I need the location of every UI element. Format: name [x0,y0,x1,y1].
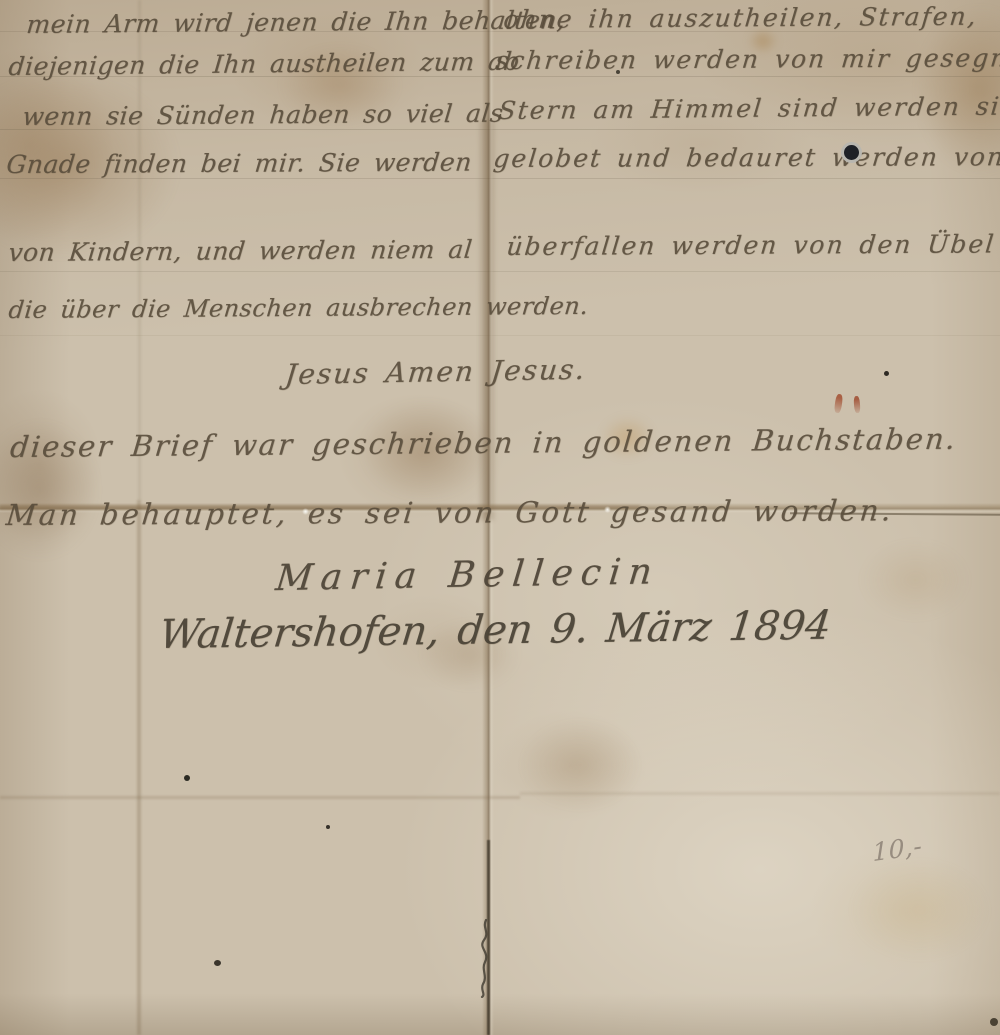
speck [884,371,889,376]
speck [214,960,221,966]
horizontal-fold-lower [0,796,520,799]
vertical-fold-left [137,500,141,1035]
manuscript-line-7: Jesus Amen Jesus. [284,353,589,391]
guide-line [0,335,1000,336]
speck [184,775,190,781]
signature: Maria Bellecin [274,551,662,599]
horizontal-fold-lower-faint [520,792,1000,795]
manuscript-line-3-left: wenn sie Sünden haben so viel als [21,99,505,131]
ink-squiggle-mark [468,918,498,998]
manuscript-line-4-right: gelobet und bedauret werden von ih [492,142,1000,173]
red-ink-mark [834,394,844,414]
manuscript-photo: mein Arm wird jenen die Ihn behalten, oh… [0,0,1000,1035]
manuscript-line-9: Man behauptet, es sei von Gott gesand wo… [5,493,896,532]
manuscript-line-5-left: von Kindern, und werden niem al [7,235,474,267]
stain [850,860,990,960]
guide-line [0,271,1000,272]
manuscript-line-8: dieser Brief war geschrieben in goldenen… [9,422,959,464]
manuscript-line-3-right: Stern am Himmel sind werden sie [497,91,1000,125]
manuscript-line-6: die über die Menschen ausbrechen werden. [7,292,590,324]
speck [326,825,330,829]
manuscript-line-2-right: schreiben werden von mir gesegnet sein [494,43,1000,75]
pencil-note: 10,- [872,831,923,867]
stain [520,720,640,810]
dateline: Waltershofen, den 9. März 1894 [157,603,833,658]
manuscript-line-1-right: ohne ihn auszutheilen, Strafen, [502,2,979,34]
manuscript-line-5-right: überfallen werden von den Übel [505,229,997,261]
manuscript-line-2-left: diejenigen die Ihn austheilen zum ab [7,47,521,81]
speck [990,1018,998,1026]
red-ink-mark [853,396,860,413]
manuscript-line-4-left: Gnade finden bei mir. Sie werden [5,148,473,179]
manuscript-line-1-left: mein Arm wird jenen die Ihn behalten, [25,5,567,39]
stain [860,540,970,620]
